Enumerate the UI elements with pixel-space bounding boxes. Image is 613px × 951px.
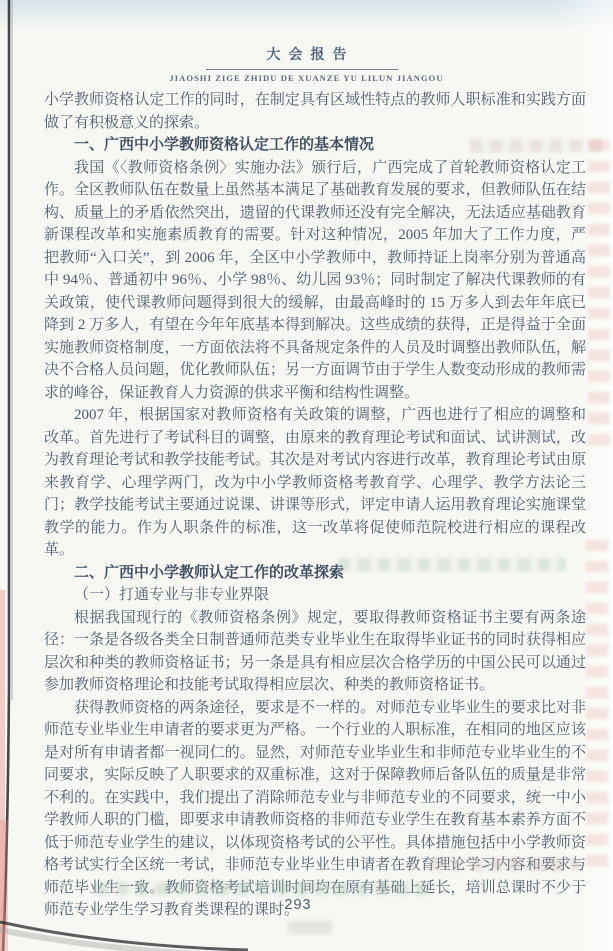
section-heading-1: 一、广西中小学教师资格认定工作的基本情况 <box>44 134 586 157</box>
page-body-text: 小学教师资格认定工作的同时，在制定具有区域性特点的教师人职标准和实践方面做了有积… <box>44 89 586 922</box>
header-rule <box>206 69 398 70</box>
running-header: 大会报告 JIAOSHI ZIGE ZHIDU DE XUANZE YU LIL… <box>0 44 613 64</box>
paragraph: 我国《〈教师资格条例〉实施办法》颁行后，广西完成了首轮教师资格认定工作。全区教师… <box>44 157 586 405</box>
header-pinyin-subtitle: JIAOSHI ZIGE ZHIDU DE XUANZE YU LILUN JI… <box>0 73 613 83</box>
section-heading-2: 二、广西中小学教师认定工作的改革探索 <box>44 562 586 585</box>
header-title: 大会报告 <box>259 44 355 64</box>
bleedthrough-artifact <box>288 921 332 934</box>
scanned-book-page: 大会报告 JIAOSHI ZIGE ZHIDU DE XUANZE YU LIL… <box>0 0 613 951</box>
page-number: 293 <box>0 897 596 913</box>
subsection-heading: （一）打通专业与非专业界限 <box>44 584 586 607</box>
paragraph: 根据我国现行的《教师资格条例》规定，要取得教师资格证书主要有两条途径：一条是各级… <box>44 607 586 697</box>
bleedthrough-artifact <box>588 140 610 450</box>
paragraph-continuation: 小学教师资格认定工作的同时，在制定具有区域性特点的教师人职标准和实践方面做了有积… <box>44 89 586 134</box>
paragraph: 获得教师资格的两条途径，要求是不一样的。对师范专业毕业生的要求比对非师范专业毕业… <box>44 697 586 922</box>
scan-top-tint <box>0 0 613 30</box>
bleedthrough-artifact <box>586 540 608 870</box>
paragraph: 2007 年，根据国家对教师资格有关政策的调整，广西也进行了相应的调整和改革。首… <box>44 404 586 562</box>
